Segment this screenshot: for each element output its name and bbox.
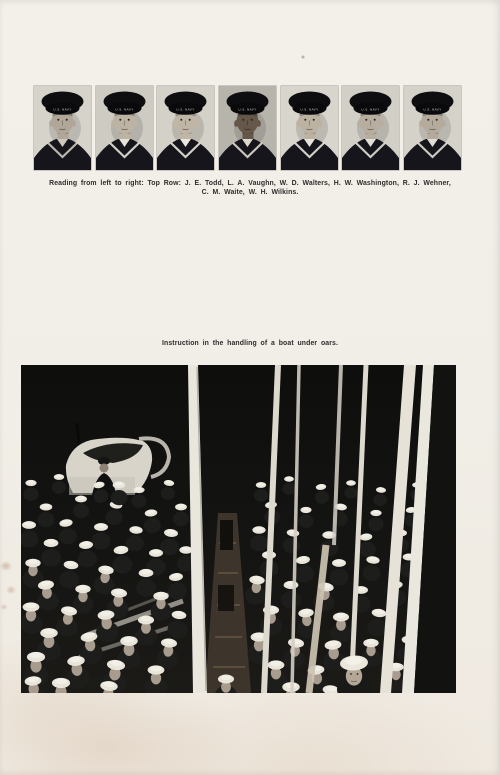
scanned-yearbook-page: U.S. NAVYU.S. NAVYU.S. NAVYU.S. NAVYU.S.… <box>0 0 500 775</box>
crowd-sailor <box>73 496 89 518</box>
cap-label: U.S. NAVY <box>115 108 133 112</box>
crowd-sailor <box>282 476 295 494</box>
cap-label: U.S. NAVY <box>424 108 442 112</box>
sailor-portrait: U.S. NAVY <box>404 86 461 170</box>
crowd-sailor <box>41 539 61 567</box>
roster-caption: Reading from left to right: Top Row: J. … <box>0 180 500 197</box>
roster-caption-line1: Reading from left to right: Top Row: J. … <box>0 180 500 189</box>
portrait-row: U.S. NAVYU.S. NAVYU.S. NAVYU.S. NAVYU.S.… <box>34 86 461 170</box>
crowd-sailor <box>151 592 172 621</box>
crowd-sailor <box>173 504 189 526</box>
crowd-sailor <box>330 613 352 643</box>
crowd-sailor <box>52 474 66 494</box>
cap-label: U.S. NAVY <box>53 108 71 112</box>
crowd-sailor <box>250 526 268 551</box>
crowd-sailor <box>260 606 282 636</box>
crowd-sailor <box>37 503 54 527</box>
crowd-sailor <box>368 510 383 531</box>
boat-instruction-photo-art <box>21 365 456 693</box>
sailor-portrait: U.S. NAVY <box>157 86 214 170</box>
crowd-sailor <box>298 507 313 528</box>
crowd-sailor <box>21 602 42 634</box>
crowd-sailor <box>281 581 301 609</box>
crowd-sailor <box>136 569 156 597</box>
cap-label: U.S. NAVY <box>300 108 318 112</box>
roster-caption-line2: C. M. Waite, W. H. Wilkins. <box>0 189 500 198</box>
crowd-sailor <box>110 481 127 505</box>
crowd-sailor <box>344 480 357 498</box>
crowd-sailor <box>21 521 39 547</box>
cap-label: U.S. NAVY <box>362 108 380 112</box>
crowd-sailor <box>330 559 349 585</box>
crowd-sailor <box>254 482 268 502</box>
cap-label: U.S. NAVY <box>177 108 195 112</box>
sailor-portrait: U.S. NAVY <box>96 86 153 170</box>
cap-label: U.S. NAVY <box>238 108 256 112</box>
boat-instruction-photo <box>21 365 456 693</box>
crowd-sailor <box>92 523 111 549</box>
sailor-portrait: U.S. NAVY <box>342 86 399 170</box>
crowd-sailor <box>131 487 146 508</box>
crowd-sailor <box>23 480 38 501</box>
photo-caption: Instruction in the handling of a boat un… <box>0 340 500 349</box>
sailor-portrait: U.S. NAVY <box>219 86 276 170</box>
crowd-sailor <box>135 616 157 646</box>
sailor-portrait: U.S. NAVY <box>34 86 91 170</box>
sailor-portrait: U.S. NAVY <box>281 86 338 170</box>
